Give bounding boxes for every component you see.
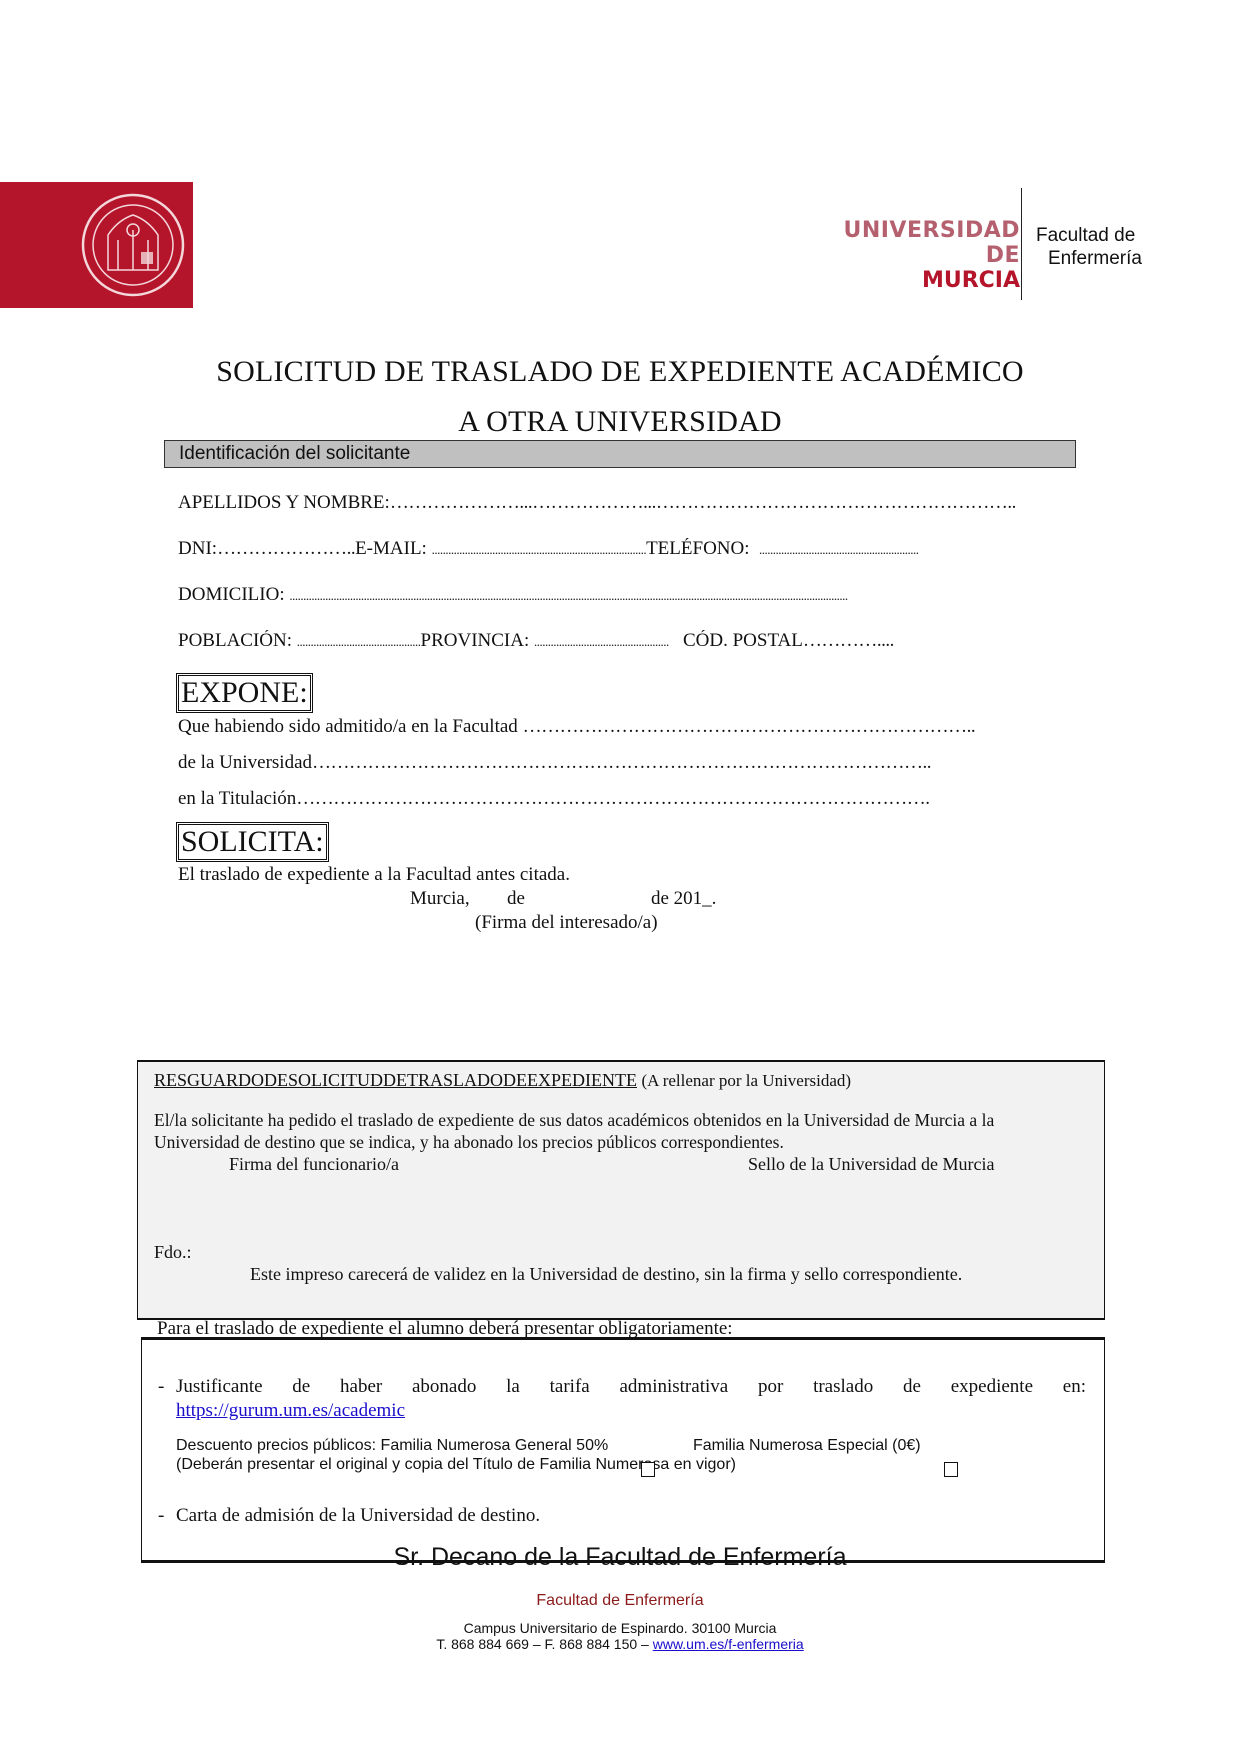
checkbox-familia-numerosa-general[interactable] — [641, 1462, 655, 1477]
discount-option-especial: Familia Numerosa Especial (0€) — [693, 1437, 921, 1455]
university-field[interactable]: ……………………………………………………………………………………….. — [312, 752, 931, 773]
solicita-text: El traslado de expediente a la Facultad … — [178, 864, 570, 886]
expone-line-university: de la Universidad……………………………………………………………… — [178, 752, 1078, 774]
receipt-heading: RESGUARDODESOLICITUDDETRASLADODEEXPEDIEN… — [154, 1070, 851, 1091]
discount-label: Descuento precios públicos: Familia Nume… — [176, 1437, 608, 1455]
identification-section-header: Identificación del solicitante — [164, 440, 1076, 468]
phone-field[interactable]: ........................................… — [759, 542, 919, 557]
requirements-box: - Justificante de haber abonado la tarif… — [141, 1337, 1105, 1563]
email-label: E-MAIL: — [355, 538, 427, 559]
dni-label: DNI: — [178, 538, 217, 559]
validity-note: Este impreso carecerá de validez en la U… — [250, 1264, 962, 1285]
university-name-line2: MURCIA — [820, 268, 1020, 293]
university-name-line1: UNIVERSIDAD DE — [820, 218, 1020, 268]
footer-address: Campus Universitario de Espinardo. 30100… — [0, 1620, 1240, 1636]
document-title-line2: A OTRA UNIVERSIDAD — [0, 405, 1240, 439]
faculty-title-line2: Enfermería — [1036, 247, 1142, 270]
bullet-2: - — [158, 1505, 164, 1527]
fdo-label: Fdo.: — [154, 1242, 192, 1263]
email-field[interactable]: ........................................… — [432, 542, 647, 557]
checkbox-familia-numerosa-especial[interactable] — [944, 1462, 958, 1477]
address-field[interactable]: ........................................… — [289, 588, 847, 603]
university-wordmark: UNIVERSIDAD DE MURCIA — [820, 218, 1020, 293]
town-label: POBLACIÓN: — [178, 630, 292, 651]
date-place: Murcia, — [410, 888, 470, 910]
receipt-subtitle: (A rellenar por la Universidad) — [641, 1071, 851, 1090]
expone-heading: EXPONE: — [178, 675, 311, 711]
date-de-1: de — [507, 888, 525, 910]
degree-field[interactable]: …………………………………………………………………………………………. — [296, 788, 929, 809]
field-row-location: POBLACIÓN: .............................… — [178, 630, 1078, 652]
date-de-2: de 201_. — [651, 888, 716, 910]
requirement-payment-text: Justificante de haber abonado la tarifa … — [176, 1376, 1086, 1398]
field-row-address: DOMICILIO: .............................… — [178, 584, 1078, 606]
footer-address-block: Campus Universitario de Espinardo. 30100… — [0, 1620, 1240, 1652]
receipt-text-line2: Universidad de destino que se indica, y … — [154, 1132, 784, 1153]
postal-field[interactable]: ………….... — [803, 630, 894, 651]
payment-link[interactable]: https://gurum.um.es/academic — [176, 1400, 405, 1421]
expone-line-faculty: Que habiendo sido admitido/a en la Facul… — [178, 716, 1078, 738]
footer-contact: T. 868 884 669 – F. 868 884 150 – — [436, 1636, 652, 1652]
signature-label: (Firma del interesado/a) — [475, 912, 658, 934]
requirement-admission-letter: Carta de admisión de la Universidad de d… — [176, 1505, 540, 1527]
province-label: PROVINCIA: — [421, 630, 530, 651]
faculty-field[interactable]: ……………………………………………………………….. — [523, 716, 976, 737]
faculty-title-line1: Facultad de — [1036, 224, 1142, 247]
bullet-1: - — [158, 1376, 164, 1398]
footer-contact-line: T. 868 884 669 – F. 868 884 150 – www.um… — [0, 1636, 1240, 1652]
field-row-contact: DNI:…………………..E-MAIL: ...................… — [178, 538, 1078, 560]
receipt-text-line1: El/la solicitante ha pedido el traslado … — [154, 1110, 994, 1131]
requirement-payment-link-wrap: https://gurum.um.es/academic — [176, 1400, 405, 1422]
footer-faculty: Facultad de Enfermería — [0, 1592, 1240, 1610]
expone-line-degree: en la Titulación………………………………………………………………… — [178, 788, 1078, 810]
name-label: APELLIDOS Y NOMBRE: — [178, 492, 390, 513]
university-label: de la Universidad — [178, 752, 312, 773]
university-logo-block — [0, 182, 193, 308]
faculty-title: Facultad de Enfermería — [1036, 224, 1142, 270]
official-signature-label: Firma del funcionario/a — [229, 1154, 399, 1175]
header-divider — [1021, 188, 1022, 300]
document-title-line1: SOLICITUD DE TRASLADO DE EXPEDIENTE ACAD… — [0, 355, 1240, 389]
addressee: Sr. Decano de la Facultad de Enfermería — [0, 1543, 1240, 1572]
university-seal-icon — [78, 190, 188, 300]
solicita-heading: SOLICITA: — [178, 824, 327, 860]
phone-label: TELÉFONO: — [646, 538, 749, 559]
footer-website-link[interactable]: www.um.es/f-enfermeria — [653, 1636, 804, 1652]
faculty-label: Que habiendo sido admitido/a en la Facul… — [178, 716, 518, 737]
province-field[interactable]: ........................................… — [534, 634, 669, 649]
address-label: DOMICILIO: — [178, 584, 285, 605]
field-row-name: APELLIDOS Y NOMBRE:…………………...………………...……… — [178, 492, 1078, 514]
stamp-label: Sello de la Universidad de Murcia — [748, 1154, 994, 1175]
postal-label: CÓD. POSTAL — [683, 630, 803, 651]
degree-label: en la Titulación — [178, 788, 296, 809]
receipt-box: RESGUARDODESOLICITUDDETRASLADODEEXPEDIEN… — [137, 1060, 1105, 1320]
name-field[interactable]: …………………...………………...………………………………………………….. — [390, 492, 1016, 513]
town-field[interactable]: ........................................… — [297, 634, 421, 649]
receipt-title: RESGUARDODESOLICITUDDETRASLADODEEXPEDIEN… — [154, 1070, 637, 1090]
dni-field[interactable]: ………………….. — [217, 538, 355, 559]
